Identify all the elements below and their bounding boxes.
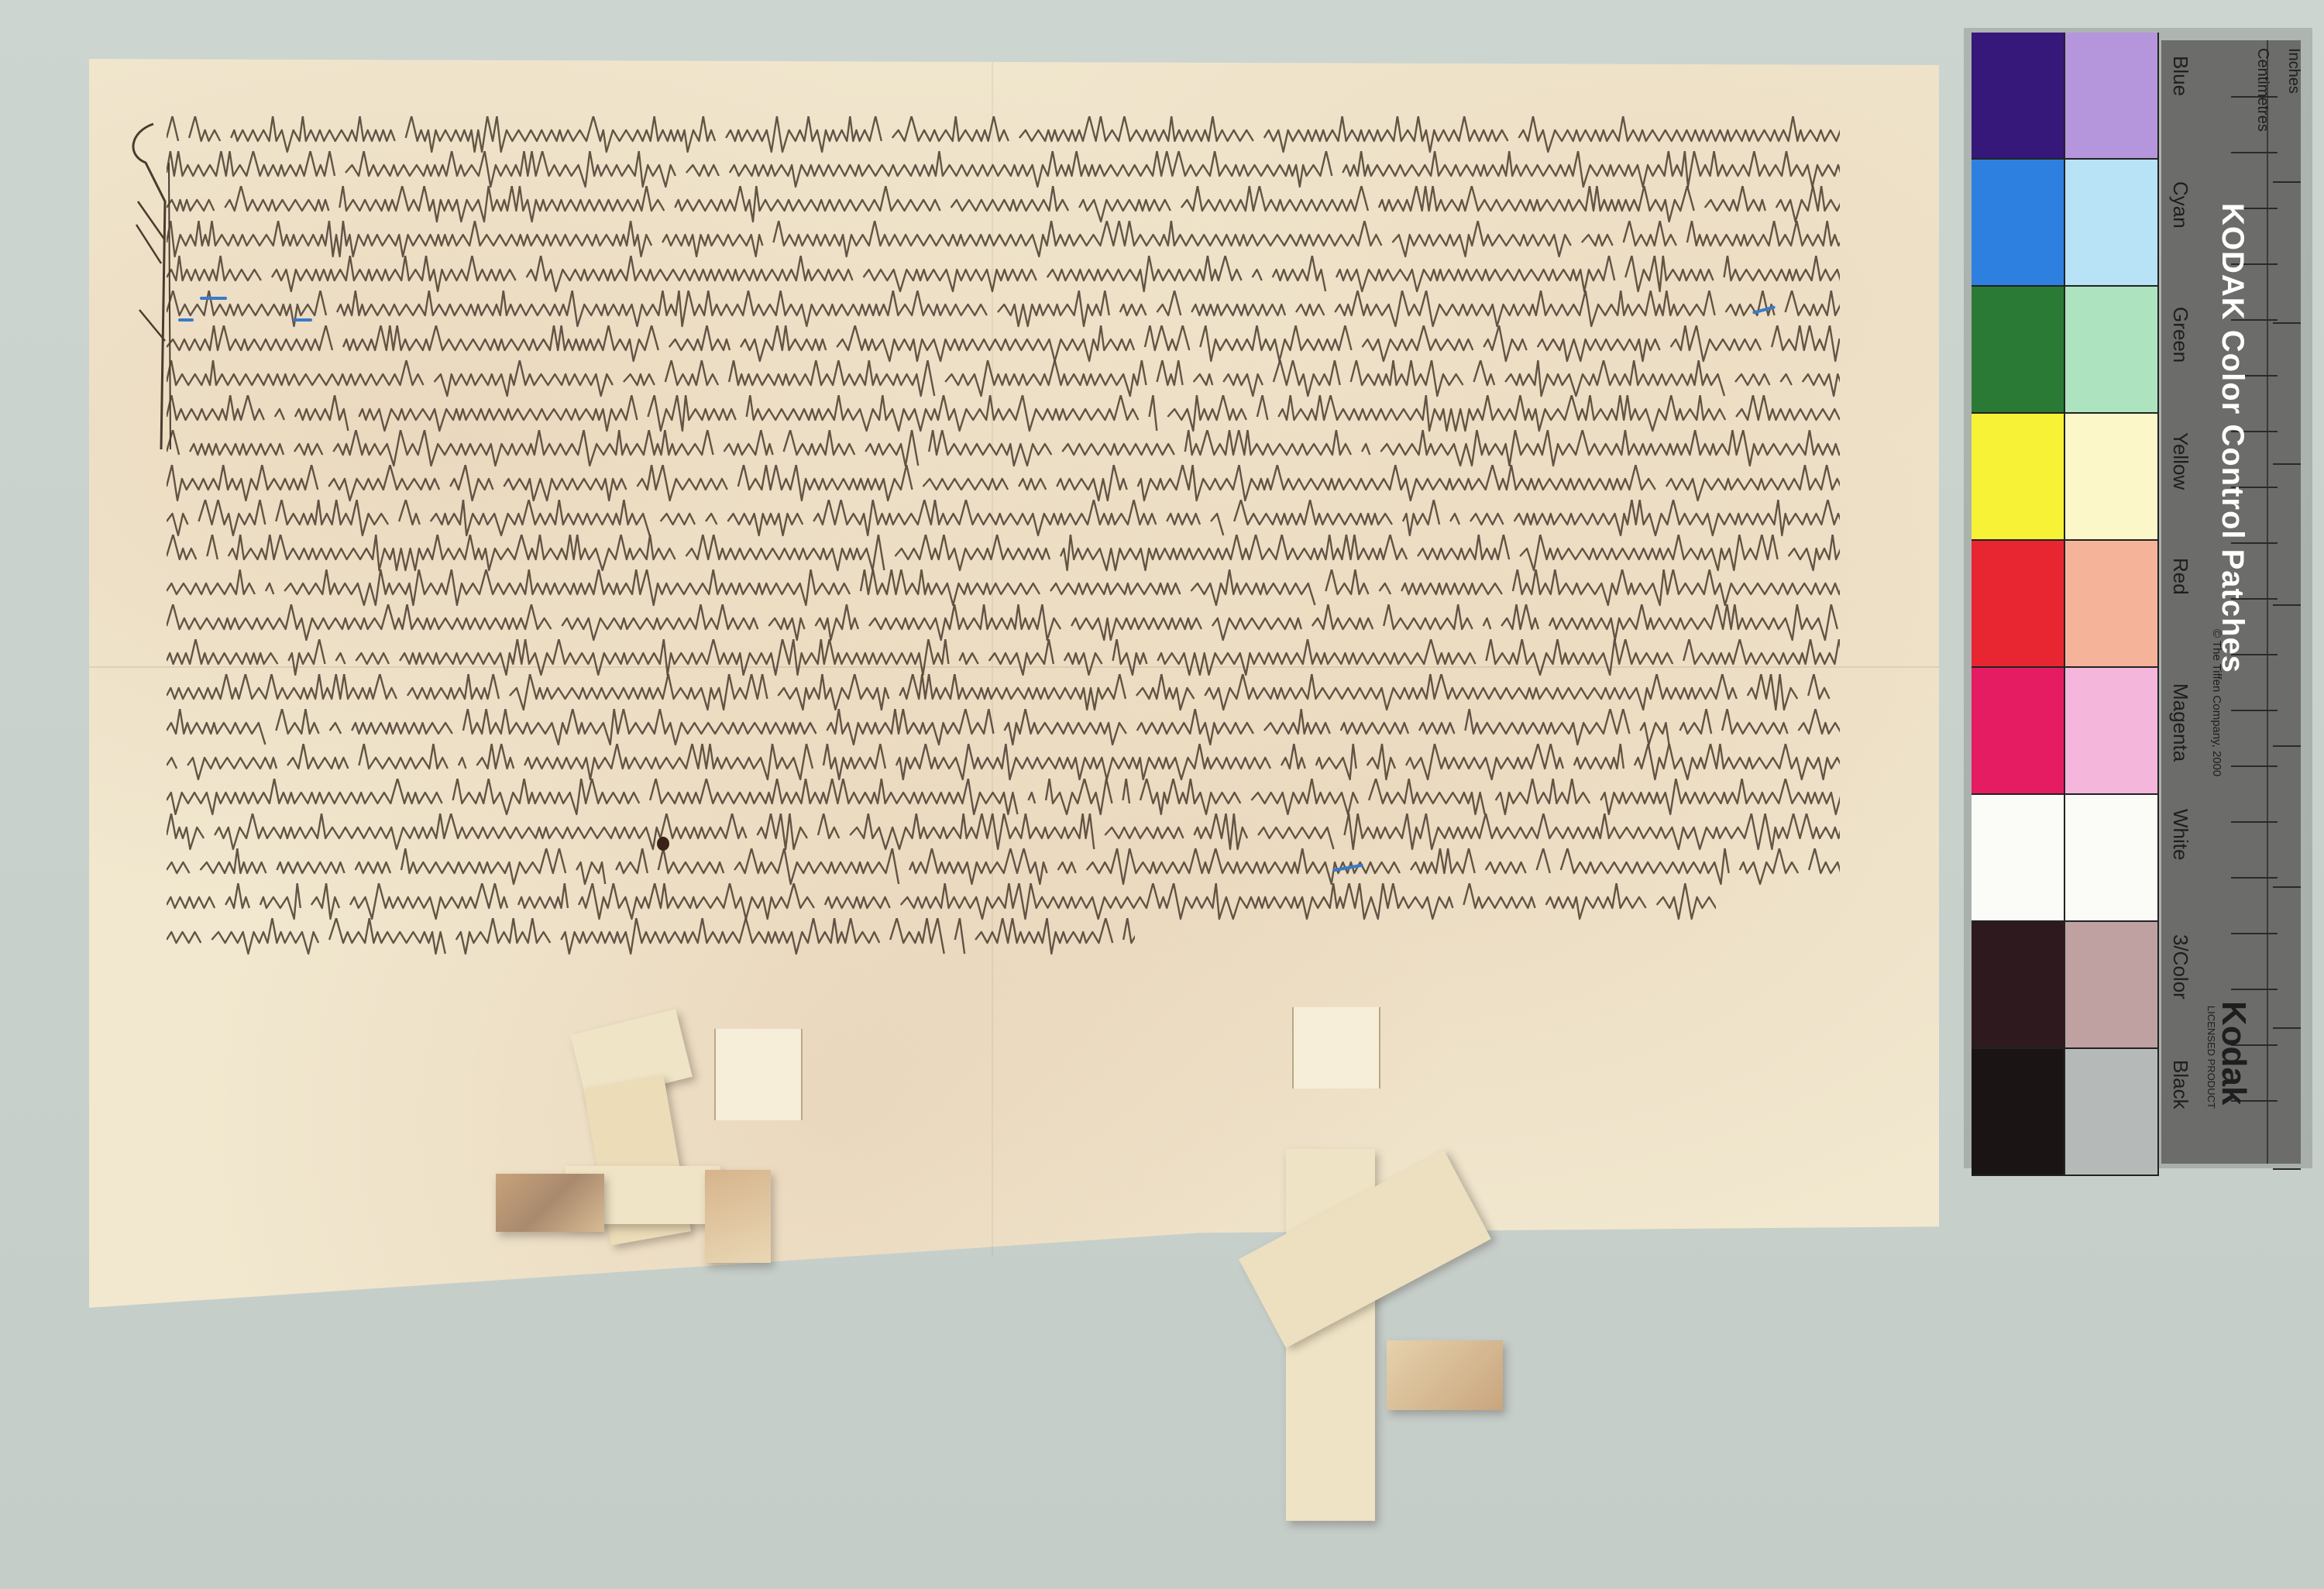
inch-tick [2273,1168,2301,1170]
patch-light [2065,160,2159,285]
patch-dark [1972,287,2065,412]
patch-light [2065,1049,2159,1175]
color-patches [1972,33,2159,1176]
cm-tick [2231,152,2278,153]
patch-dark [1972,1049,2065,1175]
handwritten-line [167,883,1848,918]
cm-tick [2231,989,2278,990]
patch-row-3-color [1972,922,2159,1049]
cm-tick [2231,877,2278,879]
patch-dark [1972,541,2065,666]
patch-label: Green [2168,307,2192,363]
ruler-scale [2267,40,2301,1164]
blue-mark [200,297,227,300]
patch-row-cyan [1972,160,2159,287]
patch-label: Magenta [2168,683,2192,762]
kodak-ruler: Inches Centimetres KODAK Color Control P… [2161,40,2301,1164]
patch-light [2065,922,2159,1047]
patch-dark [1972,414,2065,539]
kodak-brand: Kodak [2214,1001,2253,1105]
patch-label: Cyan [2168,181,2192,229]
inch-tick [2273,604,2301,606]
patch-label: Black [2168,1060,2192,1109]
handwritten-line [167,221,1848,256]
handwritten-line [167,116,1848,151]
handwritten-line [167,639,1848,674]
patch-label: Blue [2168,56,2192,96]
handwritten-line [167,291,1848,325]
inch-tick [2273,745,2301,747]
handwritten-line [167,813,1848,848]
cm-tick [2231,821,2278,823]
patch-dark [1972,668,2065,793]
handwritten-line [167,186,1848,221]
handwritten-line [167,674,1848,709]
blue-mark [178,318,194,322]
patch-label: White [2168,809,2192,860]
handwritten-line [167,744,1848,779]
patch-label: 3/Color [2168,934,2192,999]
patch-dark [1972,922,2065,1047]
cm-tick [2231,765,2278,767]
seal-slot [714,1029,803,1120]
patch-row-yellow [1972,414,2159,541]
handwritten-line [167,709,1848,744]
handwritten-line [167,848,1848,883]
centimetres-label: Centimetres [2254,48,2271,132]
handwritten-line [167,465,1848,500]
patch-row-magenta [1972,668,2159,795]
patch-row-blue [1972,33,2159,160]
patch-light [2065,541,2159,666]
patch-light [2065,33,2159,158]
handwritten-line [167,360,1848,395]
handwritten-line [167,151,1848,186]
blue-mark [293,318,312,322]
handwritten-line [167,569,1848,604]
patch-label: Yellow [2168,432,2192,490]
kodak-title: KODAK Color Control Patches [2215,203,2250,673]
inch-tick [2273,322,2301,324]
cm-tick [2231,933,2278,934]
patch-light [2065,795,2159,920]
patch-row-green [1972,287,2159,414]
inch-tick [2273,886,2301,888]
handwritten-line [167,395,1848,430]
handwritten-line [167,779,1848,813]
inch-tick [2273,1027,2301,1029]
ink-blot [657,837,669,851]
cm-tick [2231,710,2278,711]
seal-tag-left-fold [705,1170,771,1263]
handwritten-line [167,430,1848,465]
handwritten-line [167,500,1848,535]
handwritten-line [167,918,1848,953]
inch-tick [2273,463,2301,465]
charter-text-block [167,116,1848,953]
patch-light [2065,414,2159,539]
patch-row-black [1972,1049,2159,1176]
patch-dark [1972,795,2065,920]
patch-label: Red [2168,558,2192,595]
inch-tick [2273,181,2301,183]
inches-label: Inches [2284,48,2302,94]
seal-tag-right-bundle [1387,1340,1503,1410]
patch-dark [1972,33,2065,158]
patch-light [2065,668,2159,793]
patch-row-white [1972,795,2159,922]
seal-tag-left-fragment [496,1174,604,1232]
patch-dark [1972,160,2065,285]
handwritten-line [167,535,1848,569]
kodak-brand-sub: LICENSED PRODUCT [2205,1006,2217,1109]
patch-row-red [1972,541,2159,668]
patch-light [2065,287,2159,412]
copyright-text: © The Tiffen Company, 2000 [2210,629,2223,776]
handwritten-line [167,256,1848,291]
seal-slot [1292,1007,1380,1089]
handwritten-line [167,325,1848,360]
handwritten-line [167,604,1848,639]
